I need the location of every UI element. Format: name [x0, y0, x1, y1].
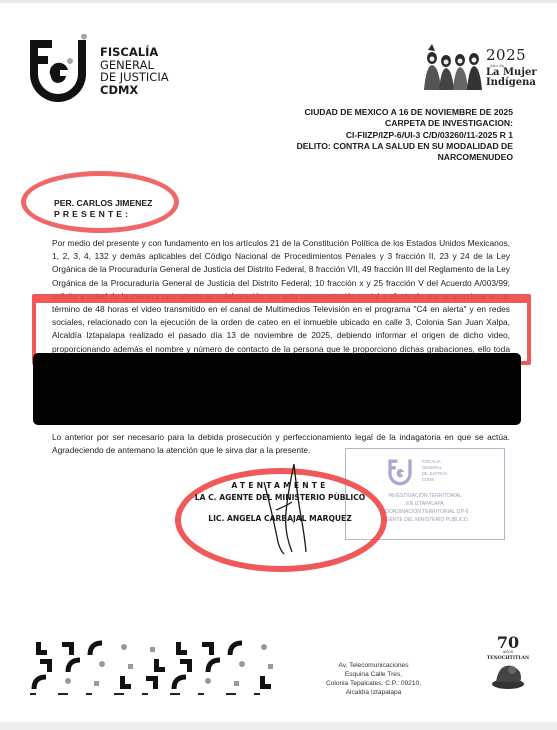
page-bottom-edge	[0, 722, 557, 730]
page-top-edge	[0, 0, 557, 3]
address-line-4: Alcaldía Iztapalapa	[316, 688, 431, 697]
recipient-name: PER. CARLOS JIMENEZ	[54, 198, 152, 209]
logo-wordmark: FISCALÍA GENERAL DE JUSTICIA CDMX	[100, 46, 169, 96]
year-text: 2025 Año de La Mujer Indígena	[486, 48, 537, 88]
year-badge: 2025 Año de La Mujer Indígena	[422, 44, 557, 94]
stamp-org-text: FISCALÍA GENERAL DE JUSTICIA CDMX	[422, 459, 448, 483]
svg-text:AÑOS: AÑOS	[502, 649, 514, 654]
tenochtitlan-70-anniversary-icon: 70 AÑOS TENOCHTITLAN	[486, 632, 530, 694]
recipient-presente: PRESENTE:	[54, 209, 152, 220]
folder-label: CARPETA DE INVESTIGACION:	[233, 118, 513, 129]
year-line-2: Indígena	[486, 78, 537, 88]
handwritten-signature-icon	[258, 462, 308, 558]
logo-line-3: DE JUSTICIA	[100, 71, 169, 84]
logo-line-4: CDMX	[100, 84, 169, 97]
crime-line-2: NARCOMENUDEO	[233, 152, 513, 163]
indigenous-women-illustration-icon	[422, 44, 484, 90]
address-line-2: Esquina Calle Tres,	[316, 670, 431, 679]
folder-number: CI-FIIZP/IZP-6/UI-3 C/D/03260/11-2025 R …	[233, 130, 513, 141]
address-line-3: Colonia Tepalcates. C.P.: 09210,	[316, 679, 431, 688]
crime-line-1: DELITO: CONTRA LA SALUD EN SU MODALIDAD …	[233, 141, 513, 152]
fgj-logo-icon	[26, 34, 90, 106]
stamp-org-line-4: CDMX	[422, 477, 448, 483]
redaction-block	[33, 353, 521, 425]
stamp-fgj-logo-icon	[386, 457, 414, 487]
logo-line-1: FISCALÍA	[100, 46, 169, 59]
year-number: 2025	[486, 48, 537, 63]
svg-text:TENOCHTITLAN: TENOCHTITLAN	[487, 655, 529, 661]
recipient-block: PER. CARLOS JIMENEZ PRESENTE:	[54, 198, 152, 219]
footer-pattern-decoration	[28, 640, 280, 696]
case-reference-block: CIUDAD DE MEXICO A 16 DE NOVIEMBRE DE 20…	[233, 107, 513, 163]
address-line-1: Av. Telecomunicaciones	[316, 661, 431, 670]
footer-address: Av. Telecomunicaciones Esquina Calle Tre…	[316, 661, 431, 697]
place-date: CIUDAD DE MEXICO A 16 DE NOVIEMBRE DE 20…	[233, 107, 513, 118]
